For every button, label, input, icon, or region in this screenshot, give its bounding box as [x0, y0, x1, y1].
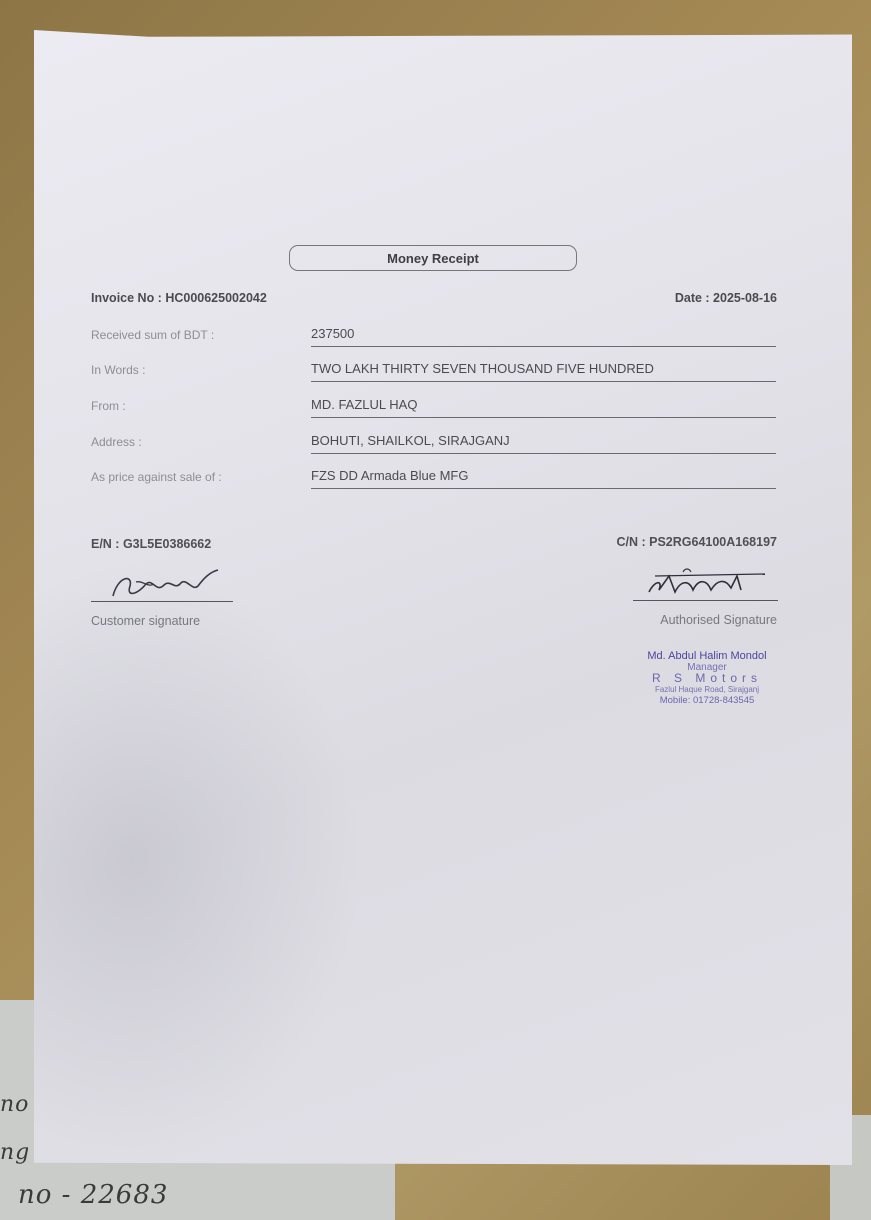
stamp-mobile: Mobile: 01728-843545: [627, 695, 787, 706]
dealer-stamp: Md. Abdul Halim Mondol Manager R S Motor…: [627, 651, 787, 706]
field-label: Received sum of BDT :: [91, 328, 214, 342]
customer-signature-line: [91, 601, 233, 602]
authorised-signature-scribble: [645, 566, 775, 602]
field-value: BOHUTI, SHAILKOL, SIRAJGANJ: [311, 433, 776, 454]
field-value: 237500: [311, 326, 776, 347]
field-value: MD. FAZLUL HAQ: [311, 397, 776, 418]
handwritten-note-2: ng: [0, 1140, 30, 1165]
field-row-from: From : MD. FAZLUL HAQ: [91, 397, 776, 419]
field-label: From :: [91, 399, 126, 413]
field-label: In Words :: [91, 363, 145, 377]
receipt-date: Date : 2025-08-16: [675, 291, 777, 305]
field-label: As price against sale of :: [91, 470, 222, 484]
handwritten-note-1: no: [0, 1092, 29, 1117]
authorised-signature-label: Authorised Signature: [660, 613, 777, 627]
field-value: TWO LAKH THIRTY SEVEN THOUSAND FIVE HUND…: [311, 361, 776, 382]
field-row-address: Address : BOHUTI, SHAILKOL, SIRAJGANJ: [91, 433, 776, 455]
stamp-name: Md. Abdul Halim Mondol: [627, 651, 787, 662]
field-row-amount: Received sum of BDT : 237500: [91, 326, 776, 348]
authorised-signature-line: [633, 600, 778, 601]
stamp-address: Fazlul Haque Road, Sirajganj: [627, 684, 787, 695]
customer-signature-label: Customer signature: [91, 614, 200, 628]
customer-signature-scribble: [108, 566, 228, 604]
chassis-number: C/N : PS2RG64100A168197: [616, 535, 777, 549]
field-row-sale-item: As price against sale of : FZS DD Armada…: [91, 468, 776, 490]
invoice-number: Invoice No : HC000625002042: [91, 291, 267, 305]
receipt-title: Money Receipt: [289, 245, 577, 271]
field-label: Address :: [91, 435, 142, 449]
handwritten-note-3: no - 22683: [18, 1180, 168, 1210]
field-row-in-words: In Words : TWO LAKH THIRTY SEVEN THOUSAN…: [91, 361, 776, 383]
engine-number: E/N : G3L5E0386662: [91, 537, 211, 551]
stamp-company: R S Motors: [627, 673, 787, 684]
field-value: FZS DD Armada Blue MFG: [311, 468, 776, 489]
